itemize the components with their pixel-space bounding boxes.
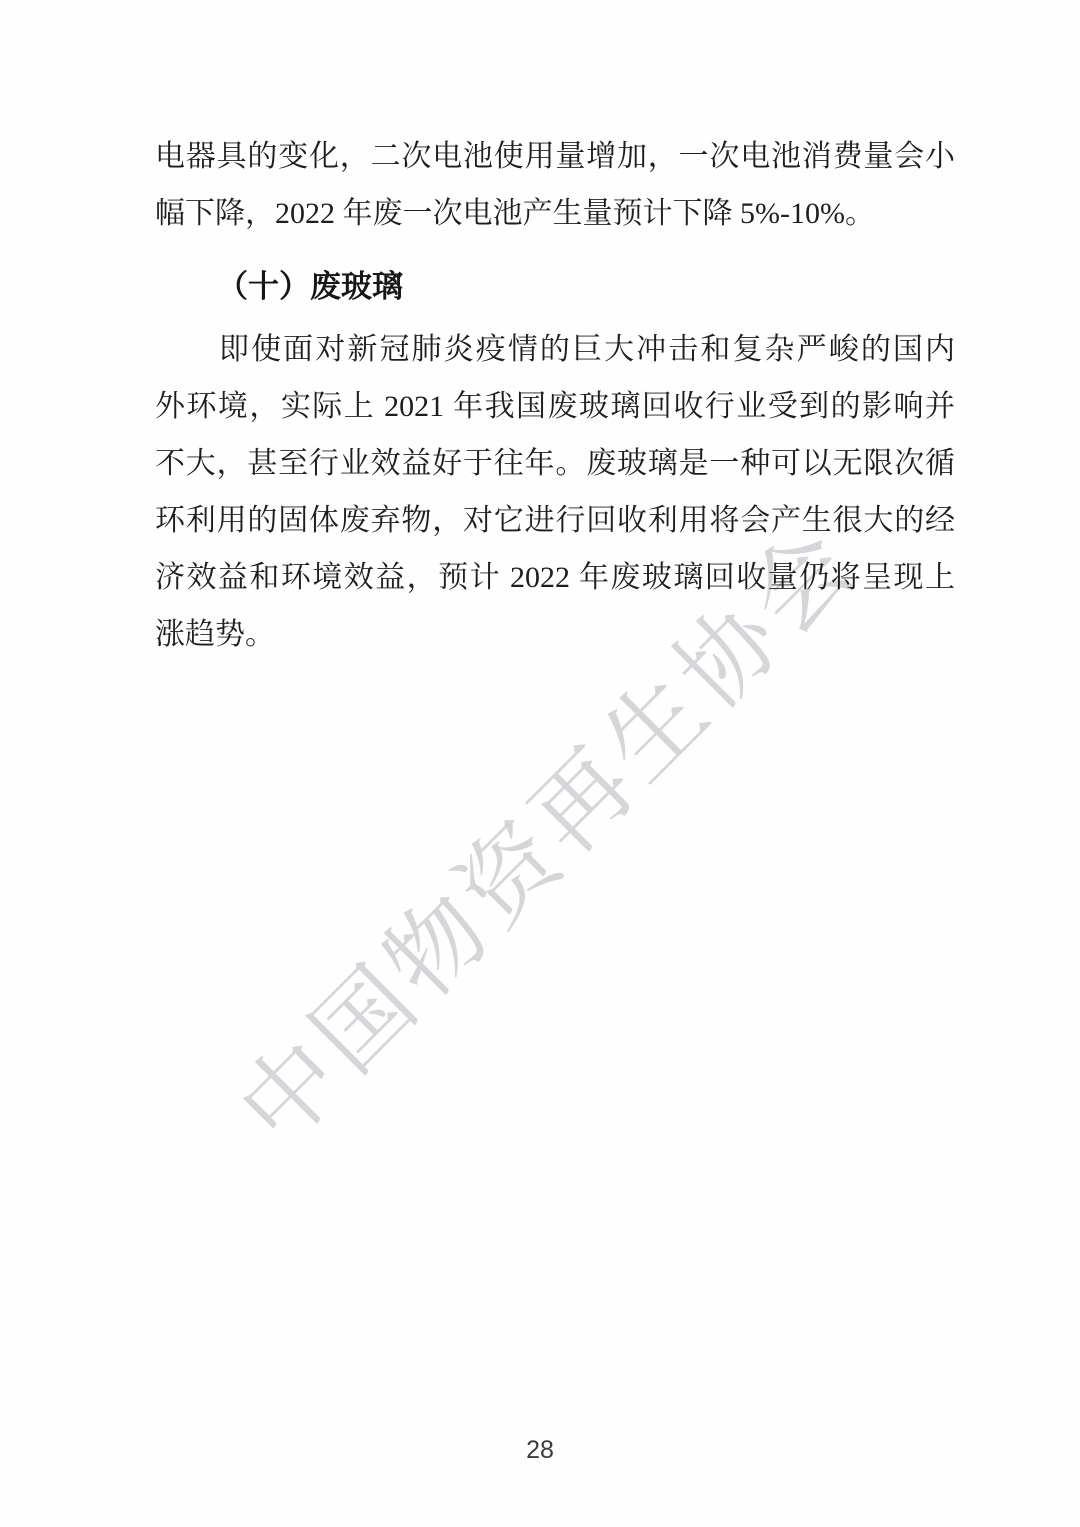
body-line: 外环境，实际上 2021 年我国废玻璃回收行业受到的影响并: [155, 378, 955, 435]
body-line: 济效益和环境效益，预计 2022 年废玻璃回收量仍将呈现上: [155, 549, 955, 606]
body-line: 环利用的固体废弃物，对它进行回收利用将会产生很大的经: [155, 492, 955, 549]
body-line: 不大，甚至行业效益好于往年。废玻璃是一种可以无限次循: [155, 435, 955, 492]
body-line: 涨趋势。: [155, 606, 955, 663]
section-heading: （十）废玻璃: [155, 258, 955, 315]
body-line: 电器具的变化，二次电池使用量增加，一次电池消费量会小: [155, 128, 955, 185]
body-line: 幅下降，2022 年废一次电池产生量预计下降 5%-10%。: [155, 185, 955, 242]
body-text: 电器具的变化，二次电池使用量增加，一次电池消费量会小 幅下降，2022 年废一次…: [155, 128, 955, 663]
document-page: 中国物资再生协会 电器具的变化，二次电池使用量增加，一次电池消费量会小 幅下降，…: [0, 0, 1080, 1527]
body-line: 即使面对新冠肺炎疫情的巨大冲击和复杂严峻的国内: [155, 321, 955, 378]
page-number: 28: [0, 1436, 1080, 1465]
